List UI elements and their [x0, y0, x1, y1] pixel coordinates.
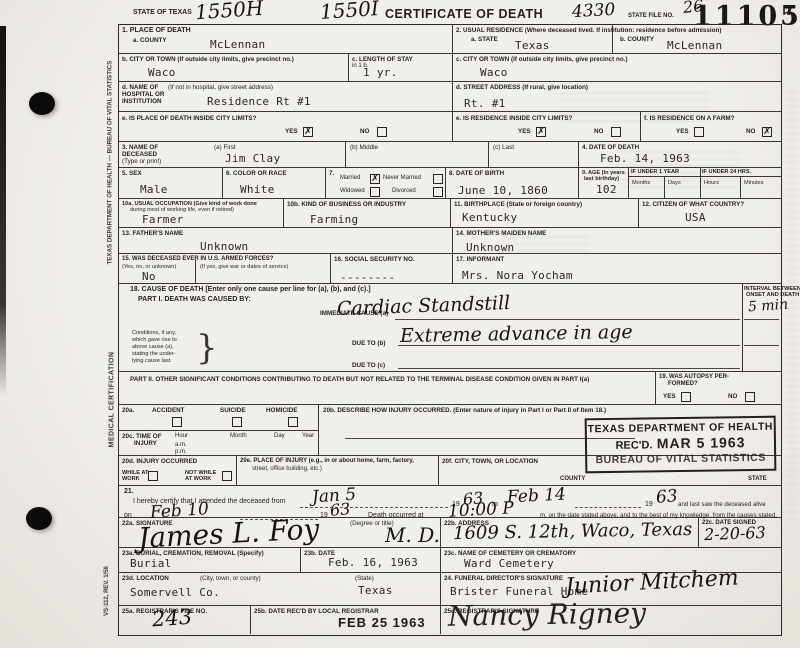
farm-no-label: NO	[746, 128, 755, 135]
year-prefix-2: 19	[645, 501, 653, 509]
injury-20a-label: 20a.	[122, 407, 134, 414]
autopsy-label-1: 19. WAS AUTOPSY PER-	[659, 374, 729, 381]
divider	[655, 371, 656, 404]
time-of-injury-label-2: INJURY	[134, 440, 157, 447]
accident-checkbox	[172, 417, 182, 427]
residence-limits-yes-checkbox: ✗	[536, 127, 546, 137]
conditions-note-1: Conditions, if any,	[132, 330, 176, 336]
interval-value: 5 min	[747, 297, 788, 316]
writing-line	[395, 319, 740, 320]
certify-text-4: m. on the date stated above, and to the …	[540, 512, 777, 519]
divider	[452, 24, 453, 141]
divider	[698, 517, 699, 547]
suicide-label: SUICIDE	[220, 407, 246, 414]
punch-hole	[29, 92, 55, 115]
attended-to-date: Feb 14	[507, 484, 567, 507]
divider	[664, 176, 665, 198]
residence-state-value: Texas	[515, 39, 550, 52]
residence-county-value: McLennan	[667, 39, 722, 52]
handwritten-number-left: 1550H	[194, 0, 264, 24]
age-label-2: last birthday)	[584, 176, 619, 182]
injury-county-label: COUNTY	[560, 476, 585, 483]
place-county-value: McLennan	[210, 38, 265, 51]
stamp-recd-label: REC'D.	[615, 439, 652, 452]
to-year: 63	[655, 486, 678, 508]
divider	[640, 111, 641, 141]
homicide-label: HOMICIDE	[266, 407, 298, 414]
never-married-checkbox	[433, 174, 443, 184]
burial-location-city: Somervell Co.	[130, 586, 220, 599]
birthplace-label: 11. BIRTHPLACE (State or foreign country…	[454, 201, 582, 208]
first-name-label: (a) First	[214, 144, 236, 151]
industry-label: 10b. KIND OF BUSINESS OR INDUSTRY	[287, 201, 406, 208]
residence-limits-yes-label: YES	[518, 128, 531, 135]
blank-line	[300, 507, 448, 508]
divider	[440, 517, 441, 634]
injury-occurred-label: 20d. INJURY OCCURRED	[122, 458, 197, 465]
mothers-maiden-name-label: 14. MOTHER'S MAIDEN NAME	[456, 230, 546, 237]
age-value: 102	[596, 183, 617, 196]
margin-medical-certification-text: MEDICAL CERTIFICATION	[109, 325, 116, 475]
physician-degree: M. D.	[385, 523, 440, 547]
farm-yes-checkbox	[694, 127, 704, 137]
place-of-injury-label-2: street, office building, etc.)	[252, 466, 322, 473]
divider	[318, 404, 319, 455]
informant-label: 17. INFORMANT	[456, 256, 504, 263]
suicide-checkbox	[232, 417, 242, 427]
never-married-label: Never Married	[383, 175, 421, 182]
writing-line	[398, 345, 740, 346]
homicide-checkbox	[288, 417, 298, 427]
due-to-b-label: DUE TO (b)	[352, 340, 385, 347]
handwritten-number-mid: 4330	[572, 0, 616, 22]
married-checkbox: ✗	[370, 174, 380, 184]
ssn-value: --------	[340, 271, 395, 284]
divorced-checkbox	[433, 187, 443, 197]
not-while-at-work-checkbox	[222, 471, 232, 481]
registrar-date-stamp: FEB 25 1963	[338, 615, 426, 630]
certificate-title: CERTIFICATE OF DEATH	[385, 7, 543, 21]
if-under-24-hrs-label: IF UNDER 24 HRS.	[702, 169, 751, 175]
day-label: Day	[274, 433, 285, 440]
divider	[348, 53, 349, 81]
funeral-director-label: 24. FUNERAL DIRECTOR'S SIGNATURE	[444, 575, 563, 582]
burial-location-label: 23d. LOCATION	[122, 575, 169, 582]
month-label: Month	[230, 433, 247, 440]
year-prefix-3: 19	[320, 512, 328, 520]
divider	[118, 227, 781, 228]
conditions-brace: }	[196, 328, 218, 368]
residence-farm-label: f. IS RESIDENCE ON A FARM?	[644, 115, 735, 122]
handwritten-number-left2: 1550I	[319, 0, 379, 24]
hours-label: Hours	[704, 180, 719, 186]
burial-date-value: Feb. 16, 1963	[328, 556, 418, 569]
injury-state-label: STATE	[748, 476, 767, 483]
industry-value: Farming	[310, 213, 358, 226]
divider	[488, 141, 489, 167]
last-name-label: (c) Last	[493, 144, 514, 151]
divider	[236, 455, 237, 485]
date-signed-value: 2-20-63	[704, 523, 766, 544]
divider	[452, 227, 453, 283]
burial-location-note-2: (State)	[355, 575, 374, 582]
blank-line	[575, 507, 641, 508]
place-city-value: Waco	[148, 66, 176, 79]
residence-city-label: c. CITY OR TOWN (If outside city limits,…	[456, 56, 628, 63]
date-of-death-value: Feb. 14, 1963	[600, 152, 690, 165]
institution-note: (If not in hospital, give street address…	[168, 84, 273, 91]
divider	[330, 253, 331, 283]
autopsy-label-2: FORMED?	[668, 381, 698, 388]
received-stamp: TEXAS DEPARTMENT OF HEALTH REC'D. MAR 5 …	[585, 416, 777, 474]
street-address-value: Rt. #1	[464, 97, 506, 110]
while-at-work-label-2: WORK	[122, 476, 140, 482]
residence-limits-no-label: NO	[594, 128, 603, 135]
ssn-label: 16. SOCIAL SECURITY NO.	[334, 256, 415, 263]
occupation-value: Farmer	[142, 213, 184, 226]
burial-location-note-1: (City, town, or county)	[200, 575, 261, 582]
time-of-death: 10:00 P	[448, 498, 515, 521]
conditions-note-5: lying cause last.	[132, 358, 172, 364]
margin-form-revision-text: VS-112, REV. 1/58	[104, 551, 110, 631]
residence-inside-limits-label: e. IS RESIDENCE INSIDE CITY LIMITS?	[456, 115, 572, 122]
part2-label: PART II. OTHER SIGNIFICANT CONDITIONS CO…	[130, 376, 589, 383]
divider	[300, 547, 301, 572]
married-label: Married	[340, 175, 360, 182]
writing-line	[398, 368, 740, 369]
due-to-c-label: DUE TO (c)	[352, 362, 385, 369]
writing-line	[744, 319, 779, 320]
divider	[250, 605, 251, 634]
fathers-name-value: Unknown	[200, 240, 248, 253]
name-of-deceased-label-3: (Type or print)	[122, 158, 161, 165]
informant-value: Mrs. Nora Yocham	[462, 269, 573, 282]
divider	[118, 81, 781, 82]
residence-limits-no-checkbox	[611, 127, 621, 137]
street-address-label: d. STREET ADDRESS (If rural, give locati…	[456, 84, 588, 91]
usual-residence-section-label: 2. USUAL RESIDENCE (Where deceased lived…	[456, 27, 721, 34]
divider	[118, 430, 318, 431]
length-of-stay-value: 1 yr.	[363, 66, 398, 79]
place-county-label: a. COUNTY	[133, 37, 167, 44]
armed-forces-value: No	[142, 270, 156, 283]
certify-text-3: Death occurred at	[368, 512, 424, 520]
sex-value: Male	[140, 183, 168, 196]
divorced-label: Divorced	[392, 188, 416, 195]
farm-no-checkbox: ✗	[762, 127, 772, 137]
race-label: 6. COLOR OR RACE	[226, 170, 287, 177]
divider	[628, 176, 781, 177]
autopsy-yes-checkbox	[681, 392, 691, 402]
date-of-birth-value: June 10, 1860	[458, 184, 548, 197]
date-of-death-label: 4. DATE OF DEATH	[582, 144, 639, 151]
divider	[118, 167, 781, 168]
residence-county-label: b. COUNTY	[620, 36, 654, 43]
accident-label: ACCIDENT	[152, 407, 185, 414]
autopsy-no-checkbox	[745, 392, 755, 402]
residence-state-label: a. STATE	[471, 36, 498, 43]
punch-hole	[26, 507, 52, 530]
last-seen-year: 63	[329, 499, 351, 520]
writing-line	[744, 345, 779, 346]
margin-dept-text: TEXAS DEPARTMENT OF HEALTH — BUREAU OF V…	[107, 85, 114, 265]
burial-method-value: Burial	[130, 557, 172, 570]
state-of-texas-label: STATE OF TEXAS	[133, 9, 192, 17]
institution-label-3: INSTITUTION	[122, 98, 162, 105]
divider	[740, 176, 741, 198]
marital-label: 7.	[329, 170, 334, 177]
farm-yes-label: YES	[676, 128, 689, 135]
citizen-label: 12. CITIZEN OF WHAT COUNTRY?	[642, 201, 744, 208]
divider	[578, 141, 579, 198]
burial-location-state: Texas	[358, 584, 393, 597]
mothers-maiden-name-value: Unknown	[466, 241, 514, 254]
place-of-injury-label-1: 20e. PLACE OF INJURY (e.g., in or about …	[240, 458, 414, 465]
armed-forces-note-2: (If yes, give war or dates of service)	[200, 264, 288, 270]
stamp-line-3: BUREAU OF VITAL STATISTICS	[587, 452, 774, 467]
am-label: a.m.	[175, 442, 187, 449]
divider	[118, 404, 781, 405]
if-under-1-year-label: IF UNDER 1 YEAR	[631, 169, 679, 175]
conditions-note-4: stating the under-	[132, 351, 176, 357]
death-certificate-scan: TEXAS DEPARTMENT OF HEALTH — BUREAU OF V…	[0, 0, 800, 648]
divider	[283, 198, 284, 227]
conditions-note-3: above cause (a),	[132, 344, 174, 350]
middle-name-label: (b) Middle	[350, 144, 378, 151]
autopsy-yes-label: YES	[663, 393, 676, 400]
on-word: on	[124, 512, 132, 520]
sex-label: 5. SEX	[122, 170, 142, 177]
deceased-name-value: Jim Clay	[225, 152, 280, 165]
citizen-value: USA	[685, 211, 706, 224]
divider	[118, 371, 781, 372]
certify-number: 21.	[124, 488, 134, 496]
year-label: Year	[302, 433, 314, 440]
divider	[118, 253, 781, 254]
days-label: Days	[668, 180, 681, 186]
fathers-name-label: 13. FATHER'S NAME	[122, 230, 183, 237]
divider	[118, 111, 781, 112]
divider	[118, 53, 781, 54]
divider	[325, 167, 326, 198]
place-limits-yes-label: YES	[285, 128, 298, 135]
certify-text-2: and last saw the deceased alive	[678, 501, 766, 508]
institution-value: Residence Rt #1	[207, 95, 311, 108]
divider	[118, 283, 781, 284]
cause-of-death-section-label: 18. CAUSE OF DEATH [Enter only one cause…	[130, 286, 371, 294]
place-of-death-section-label: 1. PLACE OF DEATH	[122, 27, 191, 35]
armed-forces-label: 15. WAS DECEASED EVER IN U.S. ARMED FORC…	[122, 256, 273, 263]
describe-injury-label: 20b. DESCRIBE HOW INJURY OCCURRED. (Ente…	[323, 407, 606, 414]
hour-label: Hour	[175, 433, 188, 440]
stamp-date: MAR 5 1963	[657, 434, 746, 451]
birthplace-value: Kentucky	[462, 211, 517, 224]
divider	[195, 260, 196, 283]
divider	[222, 167, 223, 198]
divider	[445, 167, 446, 198]
autopsy-no-label: NO	[728, 393, 737, 400]
place-limits-yes-checkbox: ✗	[303, 127, 313, 137]
not-while-at-work-label-2: AT WORK	[185, 476, 211, 482]
place-city-label: b. CITY OR TOWN (If outside city limits,…	[122, 56, 294, 63]
injury-city-label: 20f. CITY, TOWN, OR LOCATION	[442, 458, 538, 465]
while-at-work-checkbox	[148, 471, 158, 481]
due-to-b-value: Extreme advance in age	[400, 321, 633, 347]
minutes-label: Minutes	[744, 180, 764, 186]
race-value: White	[240, 183, 275, 196]
physician-address: 1609 S. 12th, Waco, Texas	[453, 519, 693, 544]
place-limits-no-checkbox	[377, 127, 387, 137]
divider	[118, 141, 781, 142]
divider	[345, 141, 346, 167]
months-label: Months	[632, 180, 650, 186]
registrar-signature: Nancy Rigney	[448, 596, 647, 632]
part1-label: PART I. DEATH WAS CAUSED BY:	[138, 296, 251, 304]
state-file-no-label: STATE FILE NO.	[628, 13, 674, 20]
divider	[438, 455, 439, 485]
scan-edge-strip	[0, 26, 6, 396]
pm-label: p.m.	[175, 449, 187, 456]
divider	[638, 198, 639, 227]
conditions-note-2: which gave rise to	[132, 337, 177, 343]
registrar-file-value: 243	[151, 605, 193, 632]
divider	[742, 283, 743, 371]
widowed-label: Widowed	[340, 188, 365, 195]
residence-city-value: Waco	[480, 66, 508, 79]
date-of-birth-label: 8. DATE OF BIRTH	[449, 170, 504, 177]
place-limits-no-label: NO	[360, 128, 369, 135]
cemetery-value: Ward Cemetery	[464, 557, 554, 570]
divider	[628, 167, 629, 198]
place-inside-limits-label: e. IS PLACE OF DEATH INSIDE CITY LIMITS?	[122, 115, 256, 122]
widowed-checkbox	[370, 187, 380, 197]
divider	[450, 198, 451, 227]
divider	[118, 485, 781, 486]
